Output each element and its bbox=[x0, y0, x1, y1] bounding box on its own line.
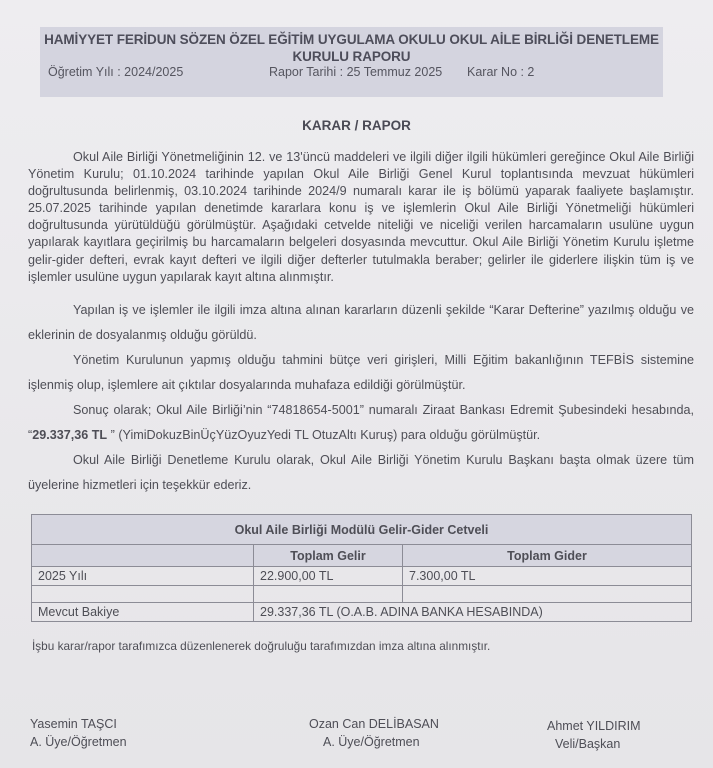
row-income: 22.900,00 TL bbox=[254, 567, 403, 586]
document-page: HAMİYYET FERİDUN SÖZEN ÖZEL EĞİTİM UYGUL… bbox=[0, 0, 713, 768]
table-row bbox=[32, 586, 692, 603]
signatory-role: A. Üye/Öğretmen bbox=[309, 733, 439, 751]
table-row: 2025 Yılı 22.900,00 TL 7.300,00 TL bbox=[32, 567, 692, 586]
closing-statement: İşbu karar/rapor tarafımızca düzenlenere… bbox=[32, 639, 490, 653]
table-header-row: Toplam Gelir Toplam Gider bbox=[32, 545, 692, 567]
row-expense: 7.300,00 TL bbox=[403, 567, 692, 586]
paragraph-decision-book: Yapılan iş ve işlemler ile ilgili imza a… bbox=[28, 298, 694, 348]
header-blank bbox=[32, 545, 254, 567]
signature-block-1: Yasemin TAŞCI A. Üye/Öğretmen bbox=[30, 715, 127, 751]
header-total-income: Toplam Gelir bbox=[254, 545, 403, 567]
table-title: Okul Aile Birliği Modülü Gelir-Gider Cet… bbox=[32, 515, 692, 545]
section-title: KARAR / RAPOR bbox=[0, 118, 713, 133]
report-title: HAMİYYET FERİDUN SÖZEN ÖZEL EĞİTİM UYGUL… bbox=[40, 31, 663, 65]
balance-row: Mevcut Bakiye 29.337,36 TL (O.A.B. ADINA… bbox=[32, 603, 692, 622]
paragraph-thanks: Okul Aile Birliği Denetleme Kurulu olara… bbox=[28, 448, 694, 498]
signature-block-3: Ahmet YILDIRIM Veli/Başkan bbox=[547, 717, 641, 753]
bank-text-post: ” (YimiDokuzBinÜçYüzOyuzYedi TL OtuzAltı… bbox=[107, 428, 540, 442]
signatory-name: Yasemin TAŞCI bbox=[30, 715, 127, 733]
income-expense-table: Okul Aile Birliği Modülü Gelir-Gider Cet… bbox=[31, 514, 692, 622]
header-total-expense: Toplam Gider bbox=[403, 545, 692, 567]
signatory-name: Ahmet YILDIRIM bbox=[547, 717, 641, 735]
title-line-2: KURULU RAPORU bbox=[40, 48, 663, 65]
signatory-name: Ozan Can DELİBASAN bbox=[309, 715, 439, 733]
report-date: Rapor Tarihi : 25 Temmuz 2025 bbox=[269, 65, 442, 79]
row-expense bbox=[403, 586, 692, 603]
report-header: HAMİYYET FERİDUN SÖZEN ÖZEL EĞİTİM UYGUL… bbox=[40, 27, 663, 97]
balance-label: Mevcut Bakiye bbox=[32, 603, 254, 622]
paragraph-bank-balance: Sonuç olarak; Okul Aile Birliği’nin “748… bbox=[28, 398, 694, 448]
signatory-role: Veli/Başkan bbox=[547, 735, 641, 753]
signature-block-2: Ozan Can DELİBASAN A. Üye/Öğretmen bbox=[309, 715, 439, 751]
balance-value: 29.337,36 TL (O.A.B. ADINA BANKA HESABIN… bbox=[254, 603, 692, 622]
bank-amount: 29.337,36 TL bbox=[32, 428, 107, 442]
decision-number: Karar No : 2 bbox=[467, 65, 534, 79]
academic-year: Öğretim Yılı : 2024/2025 bbox=[48, 65, 183, 79]
title-line-1: HAMİYYET FERİDUN SÖZEN ÖZEL EĞİTİM UYGUL… bbox=[40, 31, 663, 48]
row-income bbox=[254, 586, 403, 603]
row-label: 2025 Yılı bbox=[32, 567, 254, 586]
row-label bbox=[32, 586, 254, 603]
paragraph-tefbis: Yönetim Kurulunun yapmış olduğu tahmini … bbox=[28, 348, 694, 398]
paragraph-audit-summary: Okul Aile Birliği Yönetmeliğinin 12. ve … bbox=[28, 149, 694, 286]
signatory-role: A. Üye/Öğretmen bbox=[30, 733, 127, 751]
